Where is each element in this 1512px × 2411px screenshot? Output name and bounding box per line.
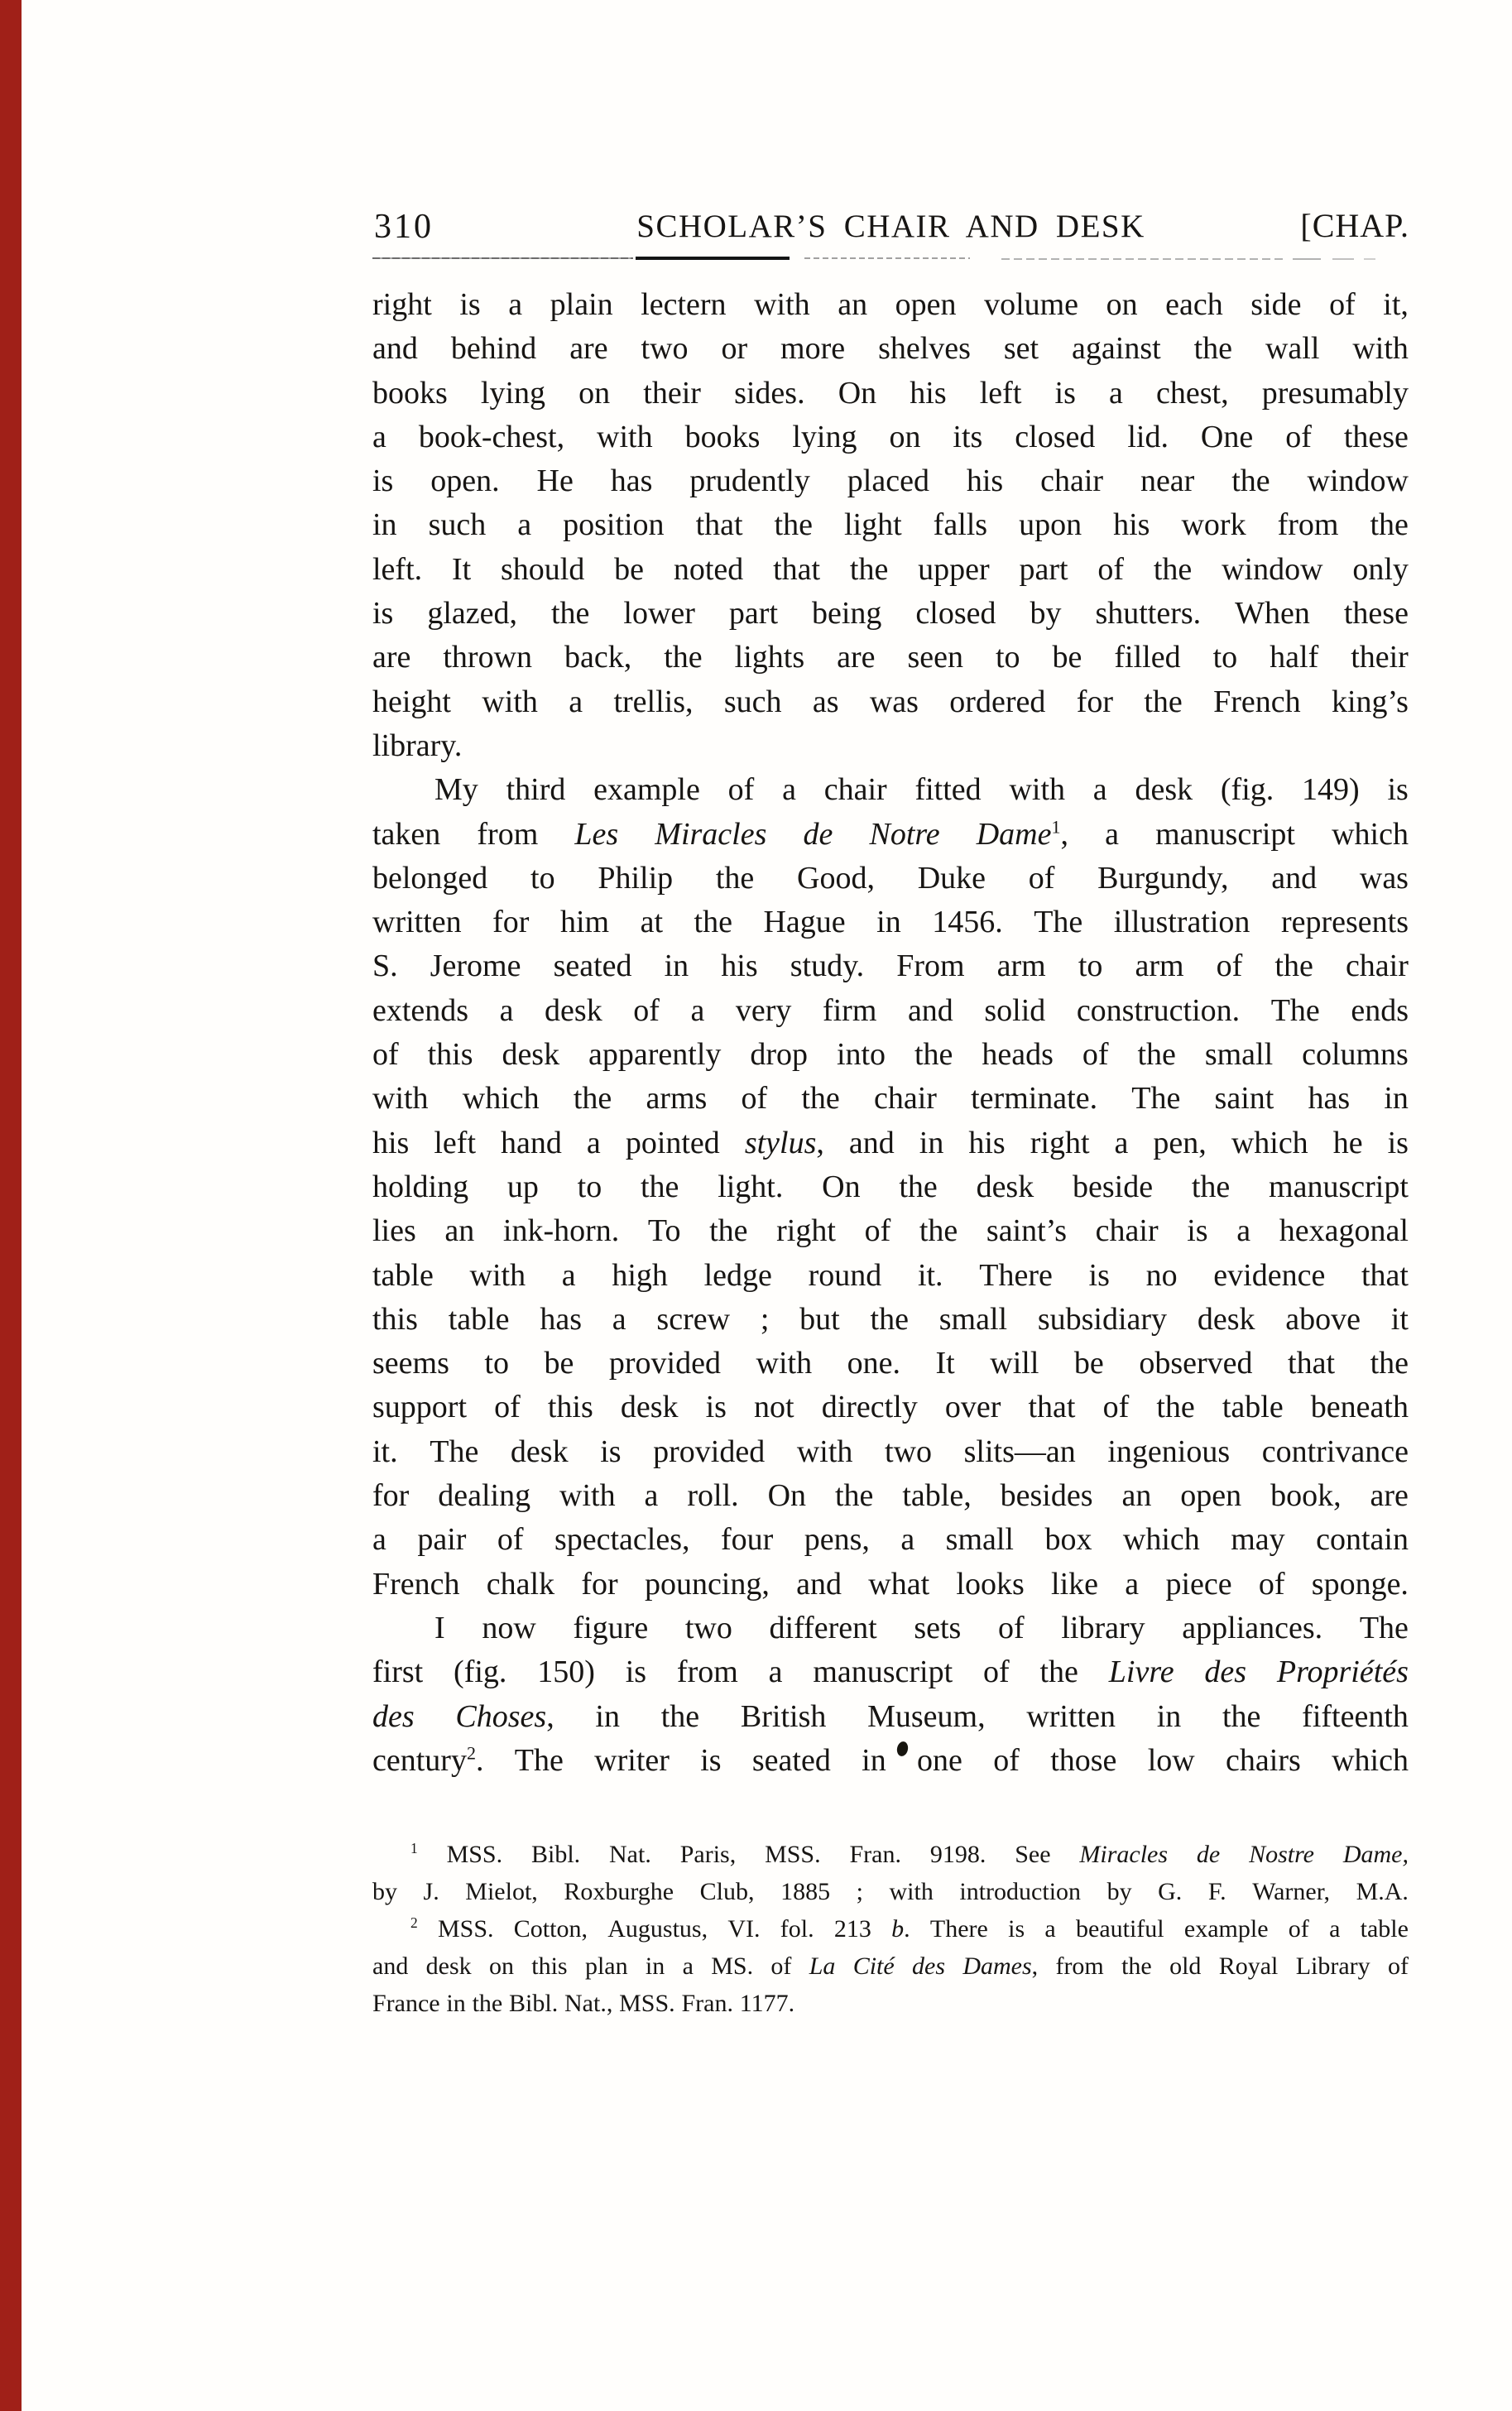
body-text-line: Mythirdexampleofachairfittedwithadesk(fi… bbox=[372, 768, 1409, 812]
footnote-line: 1MSS.Bibl.Nat.Paris,MSS.Fran.9198.SeeMir… bbox=[372, 1836, 1409, 1873]
body-text-line: arethrownback,thelightsareseentobefilled… bbox=[372, 636, 1409, 680]
body-text-line: holdinguptothelight.Onthedeskbesidethema… bbox=[372, 1165, 1409, 1209]
body-text-line: supportofthisdeskisnotdirectlyoverthatof… bbox=[372, 1386, 1409, 1429]
footnote-line: anddeskonthisplaninaMS.ofLaCitédesDames,… bbox=[372, 1948, 1409, 1985]
body-text-line: abook-chest,withbookslyingonitsclosedlid… bbox=[372, 415, 1409, 459]
body-text-line: liesanink-horn.Totherightofthesaint’scha… bbox=[372, 1209, 1409, 1253]
body-text-line: Frenchchalkforpouncing,andwhatlookslikea… bbox=[372, 1563, 1409, 1607]
body-text-line: seemstobeprovidedwithone.Itwillbeobserve… bbox=[372, 1342, 1409, 1386]
footnotes: 1MSS.Bibl.Nat.Paris,MSS.Fran.9198.SeeMir… bbox=[372, 1836, 1409, 2022]
body-text-line: desChoses,intheBritishMuseum,writteninth… bbox=[372, 1695, 1409, 1739]
body-text-line: takenfromLesMiraclesdeNotreDame1,amanusc… bbox=[372, 813, 1409, 857]
body-text-line: writtenforhimattheHaguein1456.Theillustr… bbox=[372, 901, 1409, 944]
body-text-line: withwhichthearmsofthechairterminate.Thes… bbox=[372, 1077, 1409, 1121]
chapter-marker: [CHAP. bbox=[1300, 206, 1409, 245]
body-text-line: belongedtoPhiliptheGood,DukeofBurgundy,a… bbox=[372, 857, 1409, 901]
footnote-line: byJ.Mielot,RoxburgheClub,1885;withintrod… bbox=[372, 1873, 1409, 1910]
body-text-line: it.Thedeskisprovidedwithtwoslits—aningen… bbox=[372, 1430, 1409, 1474]
body-text-line: library. bbox=[372, 724, 1409, 768]
body-text-line: andbehindaretwoormoreshelvessetagainstth… bbox=[372, 327, 1409, 371]
body-text-line: century2.Thewriterisseatedinoneofthoselo… bbox=[372, 1739, 1409, 1783]
body-text-line: Inowfiguretwodifferentsetsoflibraryappli… bbox=[372, 1607, 1409, 1650]
body-text-line: isopen.Hehasprudentlyplacedhischairneart… bbox=[372, 459, 1409, 503]
main-text: rightisaplainlecternwithanopenvolumeonea… bbox=[372, 283, 1409, 1783]
body-text-line: bookslyingontheirsides.Onhisleftisachest… bbox=[372, 372, 1409, 415]
header-rule bbox=[372, 256, 1412, 262]
binding-edge-strip bbox=[0, 0, 22, 2411]
body-text-line: S.Jeromeseatedinhisstudy.Fromarmtoarmoft… bbox=[372, 944, 1409, 988]
body-text-line: thistablehasascrew;butthesmallsubsidiary… bbox=[372, 1298, 1409, 1342]
body-text-line: tablewithahighledgeroundit.Thereisnoevid… bbox=[372, 1254, 1409, 1298]
body-text-line: first(fig.150)isfromamanuscriptoftheLivr… bbox=[372, 1650, 1409, 1694]
body-text-line: isglazed,thelowerpartbeingclosedbyshutte… bbox=[372, 592, 1409, 636]
running-title: SCHOLAR’S CHAIR AND DESK bbox=[636, 208, 1145, 245]
body-text-line: ofthisdeskapparentlydropintotheheadsofth… bbox=[372, 1033, 1409, 1077]
body-text-line: hislefthandapointedstylus,andinhisrighta… bbox=[372, 1121, 1409, 1165]
footnote-line: FranceintheBibl.Nat.,MSS.Fran.1177. bbox=[372, 1985, 1409, 2022]
footnote-line: 2MSS.Cotton,Augustus,VI.fol.213b.Thereis… bbox=[372, 1910, 1409, 1948]
body-text-line: apairofspectacles,fourpens,asmallboxwhic… bbox=[372, 1518, 1409, 1562]
body-text-line: insuchapositionthatthelightfallsuponhisw… bbox=[372, 503, 1409, 547]
body-text-line: extendsadeskofaveryfirmandsolidconstruct… bbox=[372, 989, 1409, 1033]
body-text-line: rightisaplainlecternwithanopenvolumeonea… bbox=[372, 283, 1409, 327]
body-text-line: heightwithatrellis,suchaswasorderedforth… bbox=[372, 680, 1409, 724]
book-page-scan: 310 SCHOLAR’S CHAIR AND DESK [CHAP. righ… bbox=[0, 0, 1512, 2411]
running-header: 310 SCHOLAR’S CHAIR AND DESK [CHAP. bbox=[372, 199, 1409, 247]
page-number: 310 bbox=[374, 207, 434, 247]
body-text-line: left.Itshouldbenotedthattheupperpartofth… bbox=[372, 548, 1409, 592]
body-text-line: fordealingwitharoll.Onthetable,besidesan… bbox=[372, 1474, 1409, 1518]
